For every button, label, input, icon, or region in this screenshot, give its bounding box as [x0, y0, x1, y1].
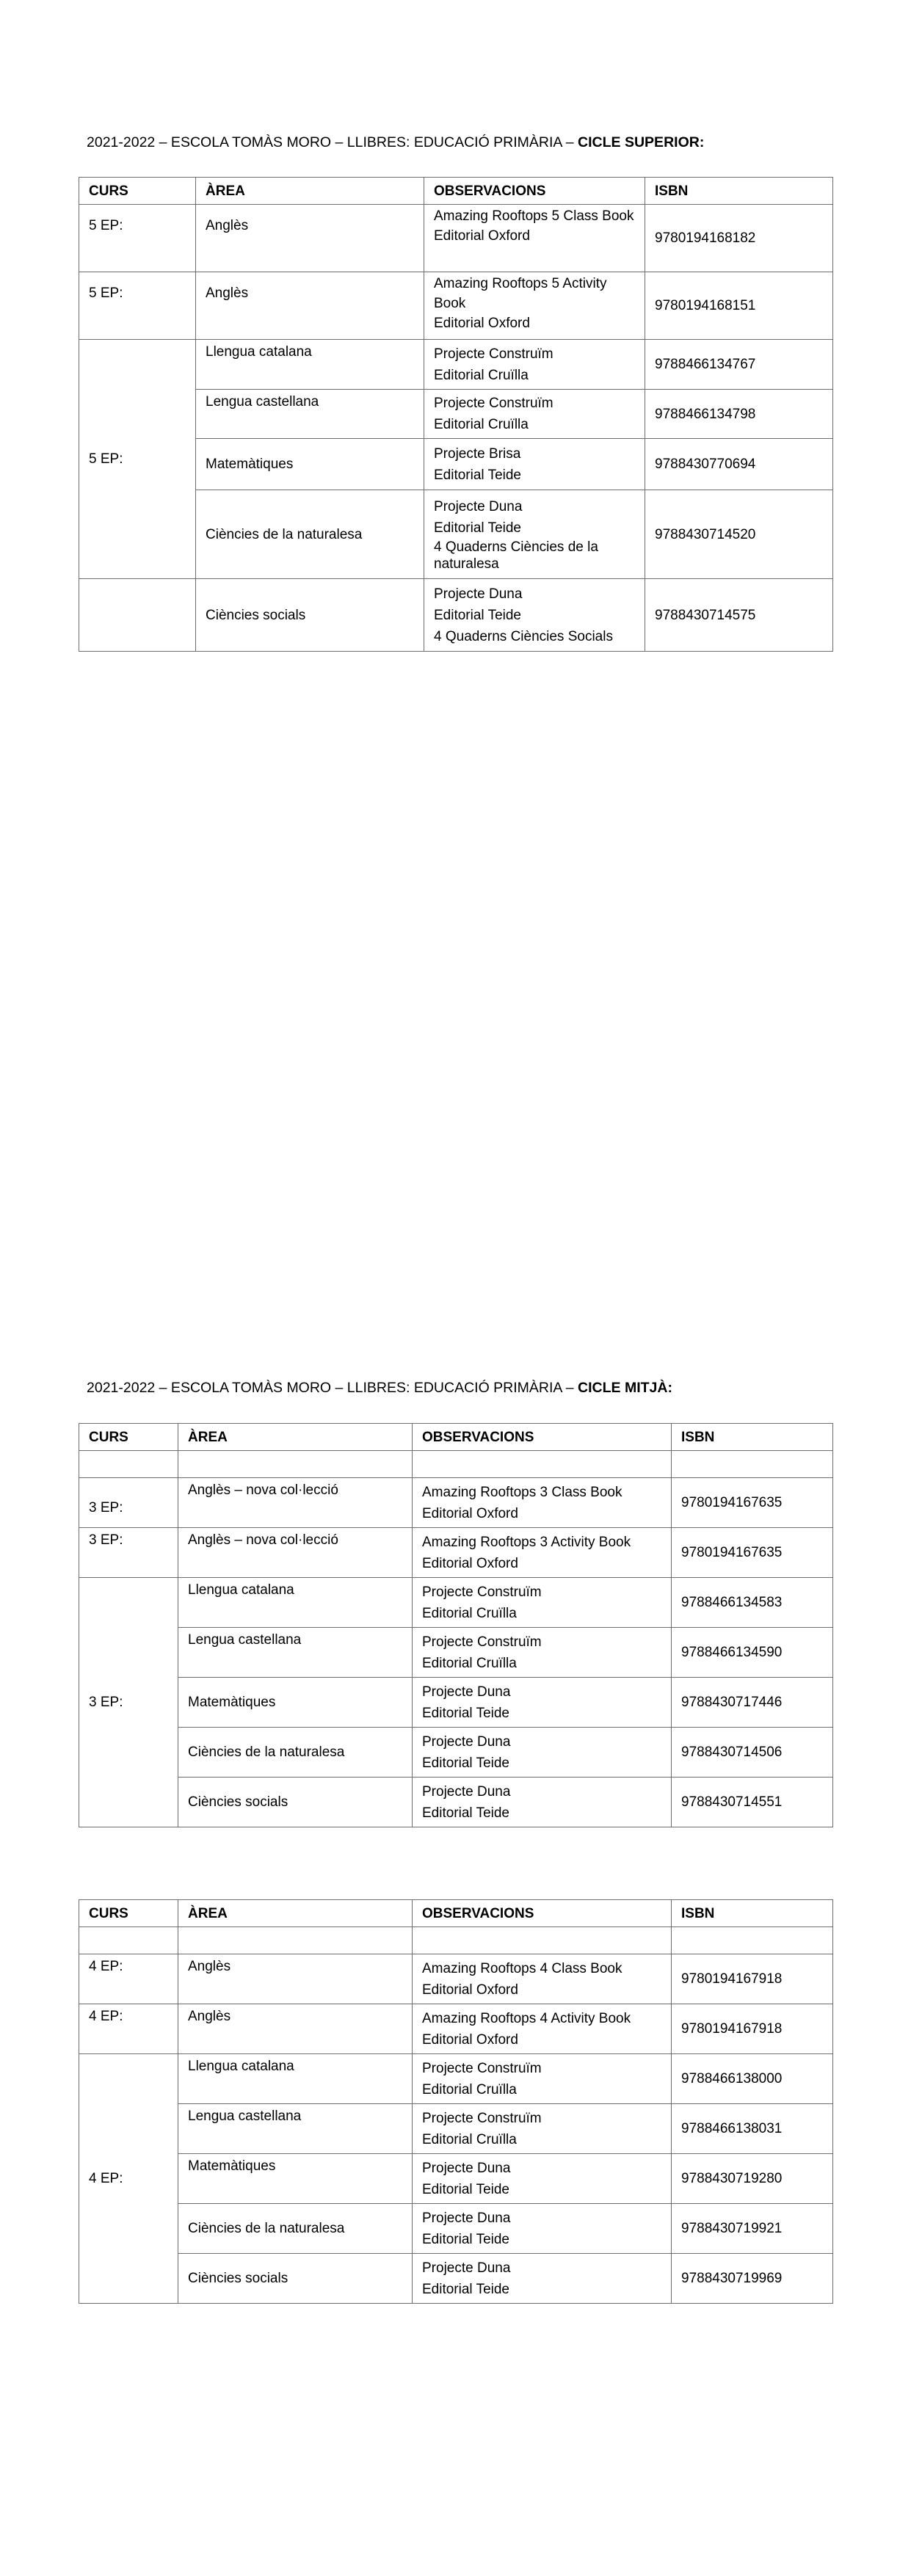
publisher: Editorial Oxford [422, 2029, 661, 2051]
curs-cell: 4 EP: [79, 2054, 178, 2304]
isbn-cell: 9788430719969 [672, 2254, 833, 2304]
isbn-cell: 9780194167635 [672, 1478, 833, 1528]
observacions-cell: Projecte Construïm Editorial Cruïlla [424, 390, 645, 439]
empty-row [79, 1927, 833, 1954]
empty-cell [178, 1451, 413, 1478]
area-cell: Lengua castellana [178, 2104, 413, 2154]
observacions-cell: Amazing Rooftops 3 Activity Book Editori… [413, 1528, 672, 1578]
empty-row [79, 1451, 833, 1478]
header-isbn: ISBN [672, 1900, 833, 1927]
area-cell: Ciències de la naturalesa [196, 490, 424, 579]
area-cell: Matemàtiques [178, 2154, 413, 2204]
empty-cell [672, 1451, 833, 1478]
book-title: Amazing Rooftops 5 Activity Book [434, 274, 635, 313]
publisher: Editorial Cruïlla [422, 2129, 661, 2150]
book-title: Projecte Duna [434, 583, 635, 605]
table-row: Matemàtiques Projecte Duna Editorial Tei… [79, 1678, 833, 1728]
table-row: Matemàtiques Projecte Duna Editorial Tei… [79, 2154, 833, 2204]
table-row: Lengua castellana Projecte Construïm Edi… [79, 2104, 833, 2154]
curs-cell: 5 EP: [79, 272, 196, 340]
empty-cell [672, 1927, 833, 1954]
book-title: Projecte Brisa [434, 443, 635, 465]
isbn-cell: 9788430719280 [672, 2154, 833, 2204]
publisher: Editorial Oxford [422, 1979, 661, 2001]
observacions-cell: Amazing Rooftops 5 Class Book Editorial … [424, 205, 645, 272]
publisher: Editorial Cruïlla [422, 1653, 661, 1674]
publisher: Editorial Oxford [422, 1503, 661, 1524]
isbn-cell: 9788430714520 [645, 490, 833, 579]
title-cycle: CICLE MITJÀ: [578, 1380, 672, 1396]
table-row: Lengua castellana Projecte Construïm Edi… [79, 1628, 833, 1678]
header-isbn: ISBN [645, 178, 833, 205]
table-row: 3 EP: Anglès – nova col·lecció Amazing R… [79, 1528, 833, 1578]
table-row: 4 EP: Anglès Amazing Rooftops 4 Activity… [79, 2004, 833, 2054]
title-prefix: 2021-2022 – ESCOLA TOMÀS MORO – LLIBRES:… [87, 134, 578, 150]
observacions-cell: Projecte Construïm Editorial Cruïlla [424, 340, 645, 390]
table-row: 3 EP: Anglès – nova col·lecció Amazing R… [79, 1478, 833, 1528]
observacions-cell: Amazing Rooftops 3 Class Book Editorial … [413, 1478, 672, 1528]
book-title: Projecte Duna [422, 1731, 661, 1753]
book-title: Projecte Construïm [422, 1582, 661, 1603]
book-title: Amazing Rooftops 3 Activity Book [422, 1532, 661, 1553]
observacions-cell: Projecte Duna Editorial Teide 4 Quaderns… [424, 579, 645, 652]
area-cell: Llengua catalana [178, 1578, 413, 1628]
observacions-cell: Projecte Duna Editorial Teide [413, 1678, 672, 1728]
table-header-row: CURS ÀREA OBSERVACIONS ISBN [79, 1900, 833, 1927]
book-title: Projecte Construïm [422, 2058, 661, 2079]
observacions-cell: Projecte Duna Editorial Teide [413, 1778, 672, 1827]
book-title: Projecte Duna [422, 1681, 661, 1703]
publisher: Editorial Oxford [434, 226, 635, 246]
area-cell: Llengua catalana [196, 340, 424, 390]
header-curs: CURS [79, 178, 196, 205]
isbn-cell: 9780194168151 [645, 272, 833, 340]
book-title: Projecte Duna [422, 2208, 661, 2229]
header-curs: CURS [79, 1424, 178, 1451]
table-row: 5 EP: Llengua catalana Projecte Construï… [79, 340, 833, 390]
table-row: 5 EP: Anglès Amazing Rooftops 5 Activity… [79, 272, 833, 340]
observacions-cell: Amazing Rooftops 5 Activity Book Editori… [424, 272, 645, 340]
publisher: Editorial Teide [434, 605, 635, 626]
area-cell: Anglès [196, 272, 424, 340]
workbook: 4 Quaderns Ciències de la naturalesa [434, 539, 635, 572]
header-curs: CURS [79, 1900, 178, 1927]
isbn-cell: 9788430719921 [672, 2204, 833, 2254]
area-cell: Anglès [178, 2004, 413, 2054]
area-cell: Anglès [196, 205, 424, 272]
observacions-cell: Projecte Duna Editorial Teide [413, 1728, 672, 1778]
book-title: Projecte Construïm [422, 1631, 661, 1653]
header-observacions: OBSERVACIONS [413, 1900, 672, 1927]
table-row: Ciències de la naturalesa Projecte Duna … [79, 2204, 833, 2254]
area-cell: Ciències socials [196, 579, 424, 652]
empty-cell [413, 1451, 672, 1478]
publisher: Editorial Oxford [422, 1553, 661, 1574]
curs-cell: 4 EP: [79, 1954, 178, 2004]
curs-cell [79, 579, 196, 652]
book-title: Projecte Construïm [434, 393, 635, 414]
title-cycle: CICLE SUPERIOR: [578, 134, 704, 150]
book-title: Projecte Construïm [434, 343, 635, 365]
header-area: ÀREA [196, 178, 424, 205]
curs-cell: 3 EP: [79, 1528, 178, 1578]
observacions-cell: Amazing Rooftops 4 Class Book Editorial … [413, 1954, 672, 2004]
observacions-cell: Projecte Construïm Editorial Cruïlla [413, 2104, 672, 2154]
empty-cell [178, 1927, 413, 1954]
table-row: 4 EP: Anglès Amazing Rooftops 4 Class Bo… [79, 1954, 833, 2004]
isbn-cell: 9788466138000 [672, 2054, 833, 2104]
observacions-cell: Projecte Brisa Editorial Teide [424, 439, 645, 490]
area-cell: Lengua castellana [196, 390, 424, 439]
table-header-row: CURS ÀREA OBSERVACIONS ISBN [79, 1424, 833, 1451]
curs-cell: 4 EP: [79, 2004, 178, 2054]
isbn-cell: 9788430714551 [672, 1778, 833, 1827]
publisher: Editorial Teide [434, 517, 635, 539]
table-header-row: CURS ÀREA OBSERVACIONS ISBN [79, 178, 833, 205]
observacions-cell: Projecte Construïm Editorial Cruïlla [413, 2054, 672, 2104]
books-table-cicle-superior: CURS ÀREA OBSERVACIONS ISBN 5 EP: Anglès… [79, 177, 833, 652]
observacions-cell: Amazing Rooftops 4 Activity Book Editori… [413, 2004, 672, 2054]
book-title: Amazing Rooftops 5 Class Book [434, 206, 635, 226]
isbn-cell: 9788466134583 [672, 1578, 833, 1628]
publisher: Editorial Cruïlla [422, 1603, 661, 1624]
publisher: Editorial Teide [422, 1802, 661, 1824]
book-title: Amazing Rooftops 3 Class Book [422, 1482, 661, 1503]
area-cell: Lengua castellana [178, 1628, 413, 1678]
publisher: Editorial Teide [434, 465, 635, 486]
area-cell: Llengua catalana [178, 2054, 413, 2104]
publisher: Editorial Teide [422, 1753, 661, 1774]
observacions-cell: Projecte Duna Editorial Teide [413, 2254, 672, 2304]
curs-cell: 3 EP: [79, 1578, 178, 1827]
title-prefix: 2021-2022 – ESCOLA TOMÀS MORO – LLIBRES:… [87, 1380, 578, 1396]
isbn-cell: 9788466134798 [645, 390, 833, 439]
observacions-cell: Projecte Duna Editorial Teide [413, 2154, 672, 2204]
table-row: 5 EP: Anglès Amazing Rooftops 5 Class Bo… [79, 205, 833, 272]
header-observacions: OBSERVACIONS [413, 1424, 672, 1451]
publisher: Editorial Teide [422, 2179, 661, 2200]
area-cell: Matemàtiques [196, 439, 424, 490]
isbn-cell: 9788430717446 [672, 1678, 833, 1728]
isbn-cell: 9788430770694 [645, 439, 833, 490]
isbn-cell: 9780194167635 [672, 1528, 833, 1578]
table-row: 4 EP: Llengua catalana Projecte Construï… [79, 2054, 833, 2104]
table-row: Ciències socials Projecte Duna Editorial… [79, 1778, 833, 1827]
book-title: Projecte Construïm [422, 2108, 661, 2129]
publisher: Editorial Cruïlla [434, 414, 635, 435]
area-cell: Ciències de la naturalesa [178, 2204, 413, 2254]
table-row: Ciències socials Projecte Duna Editorial… [79, 2254, 833, 2304]
observacions-cell: Projecte Duna Editorial Teide 4 Quaderns… [424, 490, 645, 579]
isbn-cell: 9788466134767 [645, 340, 833, 390]
area-cell: Anglès – nova col·lecció [178, 1478, 413, 1528]
table-row: Ciències socials Projecte Duna Editorial… [79, 579, 833, 652]
publisher: Editorial Oxford [434, 313, 635, 333]
book-title: Projecte Duna [422, 2158, 661, 2179]
empty-cell [79, 1451, 178, 1478]
observacions-cell: Projecte Construïm Editorial Cruïlla [413, 1578, 672, 1628]
header-area: ÀREA [178, 1900, 413, 1927]
area-cell: Ciències socials [178, 2254, 413, 2304]
header-area: ÀREA [178, 1424, 413, 1451]
isbn-cell: 9780194167918 [672, 2004, 833, 2054]
section-title-cicle-mitja: 2021-2022 – ESCOLA TOMÀS MORO – LLIBRES:… [87, 1379, 672, 1397]
area-cell: Anglès [178, 1954, 413, 2004]
publisher: Editorial Cruïlla [434, 365, 635, 386]
isbn-cell: 9780194168182 [645, 205, 833, 272]
publisher: Editorial Teide [422, 2279, 661, 2300]
publisher: Editorial Teide [422, 2229, 661, 2250]
book-title: Projecte Duna [422, 2257, 661, 2279]
area-cell: Ciències de la naturalesa [178, 1728, 413, 1778]
books-table-4ep: CURS ÀREA OBSERVACIONS ISBN 4 EP: Anglès… [79, 1899, 833, 2304]
book-title: Amazing Rooftops 4 Activity Book [422, 2008, 661, 2029]
book-title: Projecte Duna [422, 1781, 661, 1802]
observacions-cell: Projecte Duna Editorial Teide [413, 2204, 672, 2254]
header-isbn: ISBN [672, 1424, 833, 1451]
isbn-cell: 9788466138031 [672, 2104, 833, 2154]
area-cell: Anglès – nova col·lecció [178, 1528, 413, 1578]
publisher: Editorial Cruïlla [422, 2079, 661, 2100]
observacions-cell: Projecte Construïm Editorial Cruïlla [413, 1628, 672, 1678]
books-table-3ep: CURS ÀREA OBSERVACIONS ISBN 3 EP: Anglès… [79, 1423, 833, 1827]
empty-cell [79, 1927, 178, 1954]
curs-cell: 5 EP: [79, 340, 196, 579]
isbn-cell: 9788430714506 [672, 1728, 833, 1778]
area-cell: Matemàtiques [178, 1678, 413, 1728]
table-row: Ciències de la naturalesa Projecte Duna … [79, 1728, 833, 1778]
isbn-cell: 9788430714575 [645, 579, 833, 652]
book-title: Projecte Duna [434, 496, 635, 517]
book-title: Amazing Rooftops 4 Class Book [422, 1958, 661, 1979]
isbn-cell: 9788466134590 [672, 1628, 833, 1678]
curs-cell: 3 EP: [79, 1478, 178, 1528]
table-row: 3 EP: Llengua catalana Projecte Construï… [79, 1578, 833, 1628]
header-observacions: OBSERVACIONS [424, 178, 645, 205]
section-title-cicle-superior: 2021-2022 – ESCOLA TOMÀS MORO – LLIBRES:… [87, 134, 704, 151]
workbook: 4 Quaderns Ciències Socials [434, 626, 635, 647]
empty-cell [413, 1927, 672, 1954]
curs-cell: 5 EP: [79, 205, 196, 272]
area-cell: Ciències socials [178, 1778, 413, 1827]
isbn-cell: 9780194167918 [672, 1954, 833, 2004]
publisher: Editorial Teide [422, 1703, 661, 1724]
